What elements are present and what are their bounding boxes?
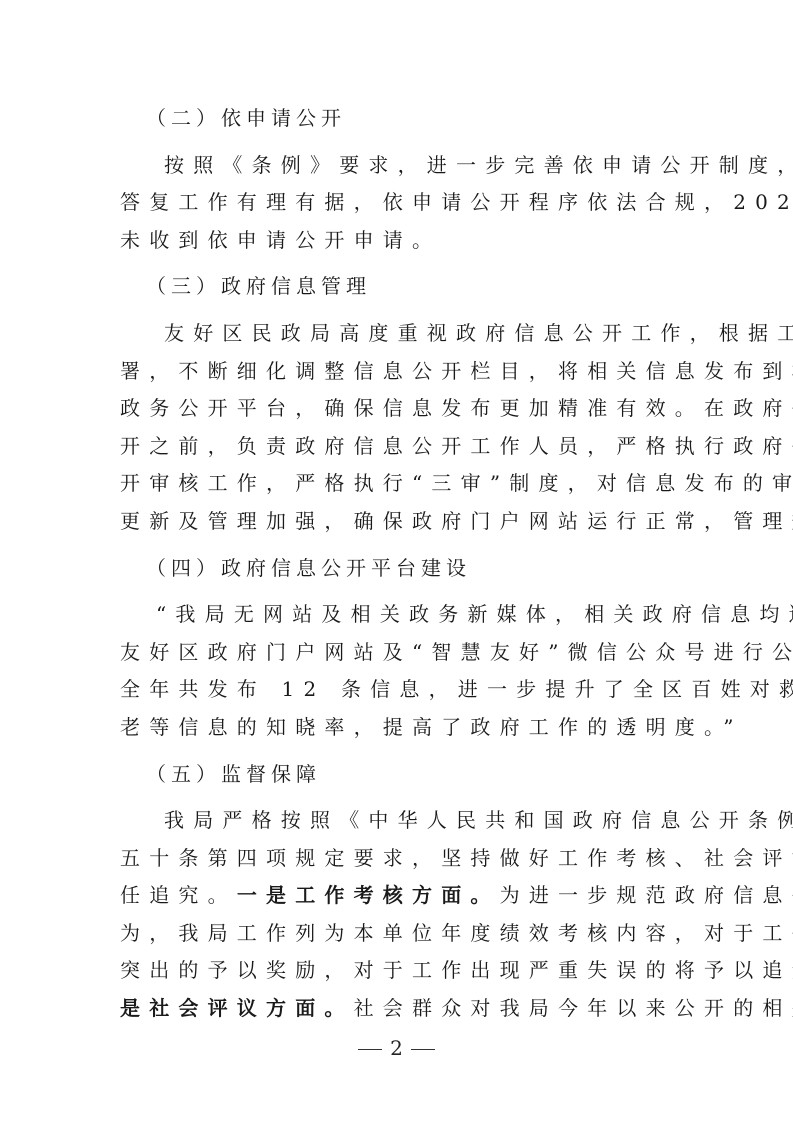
paragraph-line: 突出的予以奖励，对于工作出现严重失误的将予以追责。二 [120, 952, 676, 990]
text-run: 任追究。 [120, 883, 237, 907]
paragraph-line: 更新及管理加强，确保政府门户网站运行正常，管理规范。 [120, 503, 676, 541]
footer-dash-right [411, 1049, 435, 1050]
section-heading-supervision: （五）监督保障 [120, 756, 676, 794]
bold-emphasis-social-review: 是社会评议方面。 [120, 996, 354, 1020]
footer-dash-left [358, 1049, 382, 1050]
paragraph-line: 是社会评议方面。社会群众对我局今年以来公开的相关政府 [120, 990, 676, 1028]
text-run: 突出的予以奖励，对于工作出现严重失误的将予以追责。 [120, 958, 793, 982]
paragraph-line: 五十条第四项规定要求，坚持做好工作考核、社会评议和责 [120, 840, 676, 878]
paragraph-line: 署，不断细化调整信息公开栏目，将相关信息发布到相应的 [120, 353, 676, 391]
paragraph-line: 按照《条例》要求，进一步完善依申请公开制度，做到 [120, 147, 676, 185]
paragraph-line: 开审核工作，严格执行“三审”制度，对信息发布的审核、 [120, 465, 676, 503]
paragraph-line: 友好区政府门户网站及“智慧友好”微信公众号进行公布， [120, 634, 676, 672]
paragraph-line: “我局无网站及相关政务新媒体，相关政府信息均通过 [120, 596, 676, 634]
section-heading-application: （二）依申请公开 [120, 100, 676, 138]
paragraph-line: 我局严格按照《中华人民共和国政府信息公开条例》第 [120, 802, 676, 840]
section-paragraph-platform: “我局无网站及相关政务新媒体，相关政府信息均通过 友好区政府门户网站及“智慧友好… [120, 596, 676, 746]
paragraph-line: 任追究。一是工作考核方面。为进一步规范政府信息公开行 [120, 877, 676, 915]
page-number: 2 [390, 1036, 403, 1060]
section-paragraph-supervision: 我局严格按照《中华人民共和国政府信息公开条例》第 五十条第四项规定要求，坚持做好… [120, 802, 676, 1028]
bold-emphasis-work-assessment: 一是工作考核方面。 [237, 883, 500, 907]
paragraph-line: 开之前，负责政府信息公开工作人员，严格执行政府信息公 [120, 428, 676, 466]
document-page: （二）依申请公开 按照《条例》要求，进一步完善依申请公开制度，做到 答复工作有理… [120, 100, 676, 1037]
paragraph-line: 政务公开平台，确保信息发布更加精准有效。在政府信息公 [120, 390, 676, 428]
section-paragraph-info-management: 友好区民政局高度重视政府信息公开工作，根据工作部 署，不断细化调整信息公开栏目，… [120, 315, 676, 541]
text-run: 社会群众对我局今年以来公开的相关政府 [354, 996, 793, 1020]
paragraph-line: 未收到依申请公开申请。 [120, 222, 676, 260]
paragraph-line: 答复工作有理有据，依申请公开程序依法合规，2025 年我局 [120, 184, 676, 222]
section-paragraph-application: 按照《条例》要求，进一步完善依申请公开制度，做到 答复工作有理有据，依申请公开程… [120, 147, 676, 260]
section-heading-info-management: （三）政府信息管理 [120, 268, 676, 306]
paragraph-line: 全年共发布 12 条信息，进一步提升了全区百姓对救助、养 [120, 671, 676, 709]
paragraph-line: 老等信息的知晓率，提高了政府工作的透明度。” [120, 709, 676, 747]
paragraph-line: 友好区民政局高度重视政府信息公开工作，根据工作部 [120, 315, 676, 353]
section-heading-platform: （四）政府信息公开平台建设 [120, 550, 676, 588]
paragraph-line: 为，我局工作列为本单位年度绩效考核内容，对于工作表现 [120, 915, 676, 953]
text-run: 为进一步规范政府信息公开行 [500, 883, 793, 907]
page-footer: 2 [0, 1036, 793, 1060]
